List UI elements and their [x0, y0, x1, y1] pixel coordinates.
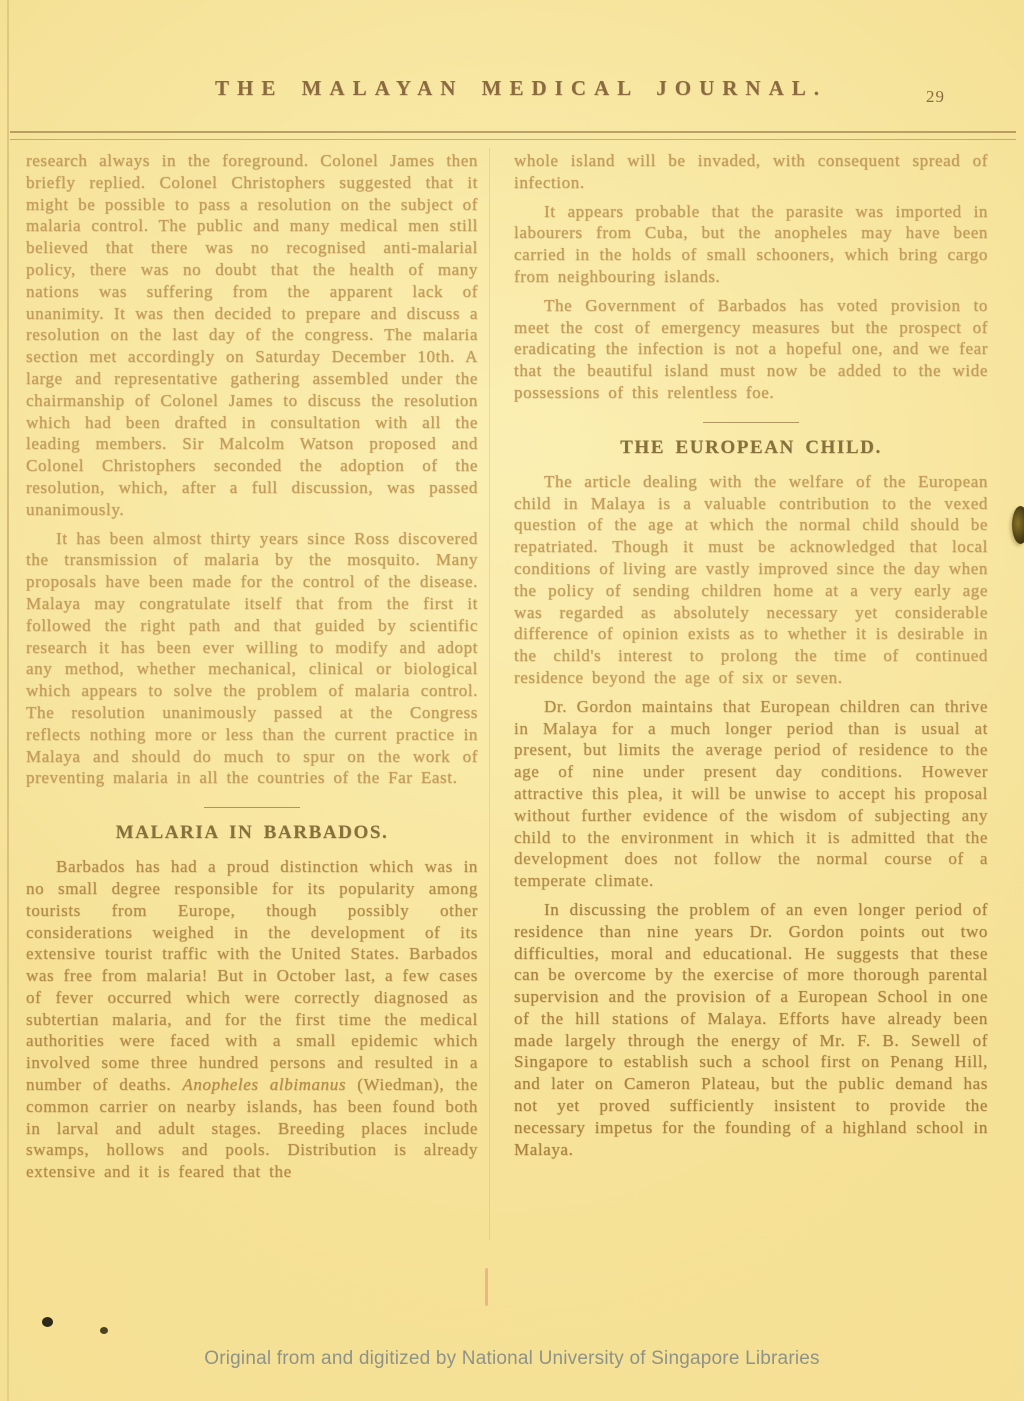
- paragraph: The article dealing with the welfare of …: [514, 471, 988, 689]
- scan-mark-pink: [485, 1268, 488, 1306]
- paragraph: The Government of Barbados has voted pro…: [514, 295, 988, 404]
- binder-mark: [1012, 506, 1024, 544]
- page-number: 29: [926, 87, 945, 107]
- paragraph: research always in the foreground. Colon…: [26, 150, 478, 521]
- paragraph: In discussing the problem of an even lon…: [514, 899, 988, 1161]
- journal-title: THE MALAYAN MEDICAL JOURNAL.: [9, 76, 1024, 101]
- section-divider: [703, 422, 799, 423]
- digitization-credit: Original from and digitized by National …: [0, 1348, 1024, 1370]
- paragraph: whole island will be invaded, with conse…: [514, 150, 988, 194]
- paragraph: It has been almost thirty years since Ro…: [26, 528, 478, 790]
- header-double-rule: [10, 131, 1016, 140]
- paragraph: Barbados has had a proud distinction whi…: [26, 856, 478, 1183]
- right-column: whole island will be invaded, with conse…: [514, 150, 988, 1190]
- page-crease-line: [7, 0, 9, 1401]
- paragraph-text: The Government of Barbados has voted pro…: [514, 296, 988, 402]
- paragraph-text: Dr. Gordon maintains that European child…: [514, 697, 988, 890]
- paragraph: It appears probable that the parasite wa…: [514, 201, 988, 288]
- ink-dot: [42, 1317, 53, 1327]
- left-column: research always in the foreground. Colon…: [26, 150, 478, 1190]
- journal-page: THE MALAYAN MEDICAL JOURNAL. 29 research…: [0, 0, 1024, 1401]
- section-heading: THE EUROPEAN CHILD.: [514, 437, 988, 459]
- section-heading: MALARIA IN BARBADOS.: [26, 822, 478, 844]
- paragraph-text: It has been almost thirty years since Ro…: [26, 529, 478, 788]
- paragraph-text: It appears probable that the parasite wa…: [514, 202, 988, 286]
- paragraph-text: The article dealing with the welfare of …: [514, 472, 988, 687]
- paragraph-text: Barbados has had a proud distinction whi…: [26, 857, 478, 1094]
- paragraph-text: research always in the foreground. Colon…: [26, 151, 478, 519]
- paragraph-text: whole island will be invaded, with conse…: [514, 151, 988, 192]
- ink-dot: [100, 1327, 108, 1334]
- section-divider: [204, 807, 300, 808]
- paragraph: Dr. Gordon maintains that European child…: [514, 696, 988, 892]
- species-name: Anopheles albimanus: [182, 1075, 346, 1094]
- text-columns: research always in the foreground. Colon…: [26, 150, 988, 1190]
- paragraph-text: In discussing the problem of an even lon…: [514, 900, 988, 1159]
